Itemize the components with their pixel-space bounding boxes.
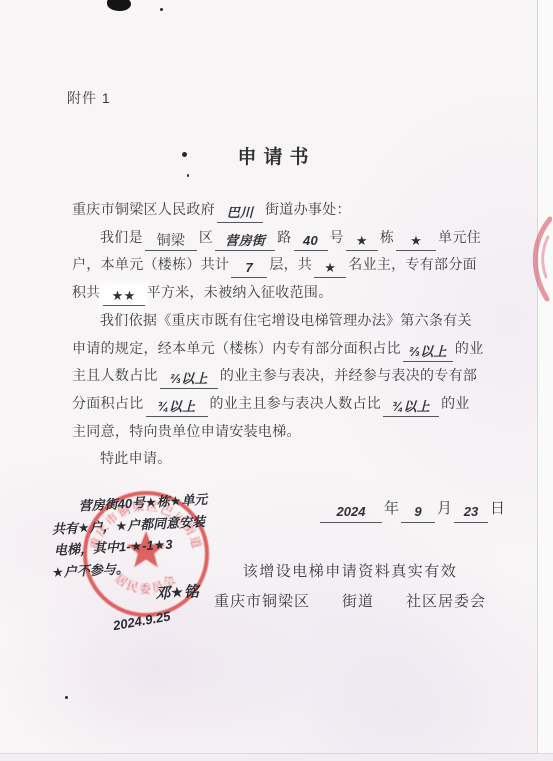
body-line: 主同意，特向贵单位申请安装电梯。 [72,418,476,446]
printed-text: 特此申请。 [100,450,172,466]
date-line: 2024年9月23日 [318,497,505,523]
body-text: 重庆市铜梁区人民政府巴川街道办事处：我们是铜梁区营房街路40号★栋★单元住户，本… [72,196,476,473]
printed-text: 申请的规定，经本单元（楼栋）内专有部分面积占比 [72,340,401,356]
printed-text: 的业主参与表决，并经参与表决的专有部 [220,367,477,383]
printed-text: 栋 [380,229,394,245]
printed-text: 路 [277,229,291,245]
form-blank: ★★ [103,286,145,306]
printed-text: 积共 [72,284,101,300]
annotation-signature: 邓★铭 [155,581,200,605]
attachment-label: 附件 1 [67,88,111,108]
scan-edge-right [537,0,553,761]
document-title: 申请书 [0,142,553,169]
handwritten-annotation: 营房街40号★栋★单元 共有★户，★户都同意安装 电梯，其中1-★-1★3 ★户… [48,487,246,647]
ink-speck [65,696,68,699]
printed-text: 分面积占比 [72,395,144,411]
date-day-value: 23 [454,502,488,523]
form-blank: 40 [294,231,328,251]
scanned-application-document: 附件 1 申请书 重庆市铜梁区人民政府巴川街道办事处：我们是铜梁区营房街路40号… [0,0,553,761]
form-blank: 7 [231,258,267,278]
body-line: 户，本单元（楼栋）共计7层，共★名业主，专有部分面 [72,251,476,279]
form-blank: ¾以上 [383,397,439,417]
printed-text: 单元住 [438,229,481,245]
form-blank: ¾以上 [146,397,208,417]
printed-text: 的业主且参与表决人数占比 [210,395,382,411]
date-year-value: 2024 [320,502,382,523]
body-line: 分面积占比¾以上的业主且参与表决人数占比¾以上的业 [72,390,476,418]
printed-text: 的业 [455,340,484,356]
date-month-label: 月 [437,500,452,517]
form-blank: 营房街 [215,231,275,251]
ink-speck [160,8,163,11]
printed-text: 主且人数占比 [72,367,158,383]
scan-edge-bottom [0,753,553,761]
form-blank: ★ [396,231,436,251]
printed-text: 区 [199,229,213,245]
body-line: 我们是铜梁区营房街路40号★栋★单元住 [72,224,476,252]
body-line: 重庆市铜梁区人民政府巴川街道办事处： [72,196,476,224]
printed-text: 主同意，特向贵单位申请安装电梯。 [72,423,301,439]
printed-text: 我们依据《重庆市既有住宅增设电梯管理办法》第六条有关 [100,312,472,328]
printed-text: 街道办事处： [265,201,351,217]
printed-text: 号 [330,229,344,245]
form-blank: 巴川 [217,203,263,223]
printed-text: 平方米，未被纳入征收范围。 [147,284,333,300]
form-blank: 铜梁 [145,231,197,251]
form-blank: ★ [314,258,346,278]
body-line: 主且人数占比⅔以上的业主参与表决，并经参与表决的专有部 [72,362,476,390]
printed-text: 户，本单元（楼栋）共计 [72,256,229,272]
printed-text: 层，共 [269,256,312,272]
ink-speck [187,174,189,177]
ink-blob-top [107,0,131,11]
form-blank: ⅔以上 [160,369,218,389]
date-day-label: 日 [490,500,505,517]
body-line: 积共★★平方米，未被纳入征收范围。 [72,279,476,307]
form-blank: ★ [346,231,378,251]
printed-text: 名业主，专有部分面 [348,256,477,272]
date-year-label: 年 [384,500,399,517]
body-line: 我们依据《重庆市既有住宅增设电梯管理办法》第六条有关 [72,307,476,335]
body-line: 申请的规定，经本单元（楼栋）内专有部分面积占比⅔以上的业 [72,335,476,363]
printed-text: 我们是 [100,229,143,245]
body-line: 特此申请。 [72,445,476,473]
annotation-date: 2024.9.25 [111,605,172,636]
partial-edge-stamp [520,215,552,305]
form-blank: ⅔以上 [403,342,453,362]
date-month-value: 9 [401,502,435,523]
printed-text: 的业 [441,395,470,411]
printed-text: 重庆市铜梁区人民政府 [72,201,215,217]
